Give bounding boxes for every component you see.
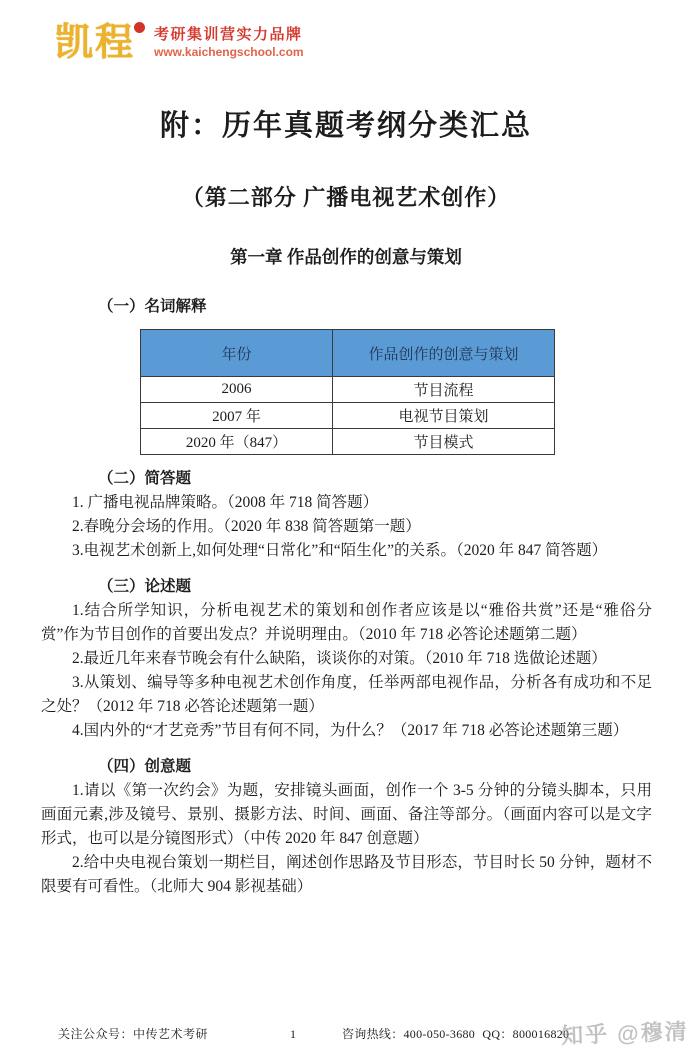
page-number: 1 (290, 1027, 296, 1042)
brand-lines: 考研集训营实力品牌 www.kaichengschool.com (154, 18, 304, 60)
brand-header: 凯程 考研集训营实力品牌 www.kaichengschool.com (55, 18, 304, 68)
question-item: 1.请以《第一次约会》为题，安排镜头画面，创作一个 3-5 分钟的分镜头脚本，只… (41, 779, 652, 851)
question-item: 1. 广播电视品牌策略。（2008 年 718 简答题） (41, 491, 652, 515)
question-item: 3.从策划、编导等多种电视艺术创作角度，任举两部电视作品，分析各有成功和不足之处… (41, 671, 652, 719)
footer-qq: QQ：800016820 (482, 1027, 569, 1041)
section-heading-2: （二）简答题 (98, 469, 652, 489)
footer-contact: 咨询热线：400-050-3680 QQ：800016820 (342, 1025, 573, 1042)
table-cell-year: 2007 年 (141, 403, 333, 429)
table-row: 2007 年 电视节目策划 (141, 403, 555, 429)
table-row: 2006 节目流程 (141, 377, 555, 403)
table-cell-year: 2020 年（847） (141, 429, 333, 455)
section-items-2: 1. 广播电视品牌策略。（2008 年 718 简答题） 2.春晚分会场的作用。… (41, 491, 652, 563)
brand-tagline: 考研集训营实力品牌 (154, 25, 304, 45)
document-body: （一）名词解释 年份 作品创作的创意与策划 2006 节目流程 2007 年 电… (41, 293, 652, 899)
brand-website: www.kaichengschool.com (154, 45, 304, 60)
section-items-3: 1.结合所学知识，分析电视艺术的策划和创作者应该是以“雅俗共赏”还是“雅俗分赏”… (41, 599, 652, 743)
section-items-4: 1.请以《第一次约会》为题，安排镜头画面，创作一个 3-5 分钟的分镜头脚本，只… (41, 779, 652, 899)
footer-hotline: 咨询热线：400-050-3680 (342, 1027, 475, 1041)
table-cell-topic: 节目流程 (333, 377, 555, 403)
question-item: 2.给中央电视台策划一期栏目，阐述创作思路及节目形态，节目时长 50 分钟，题材… (41, 851, 652, 899)
zhihu-watermark: 知乎 @穆清 (561, 1015, 690, 1050)
question-item: 3.电视艺术创新上,如何处理“日常化”和“陌生化”的关系。（2020 年 847… (41, 539, 652, 563)
part-title: （第二部分 广播电视艺术创作） (0, 181, 692, 212)
question-item: 2.最近几年来春节晚会有什么缺陷，谈谈你的对策。（2010 年 718 选做论述… (41, 647, 652, 671)
main-title: 附：历年真题考纲分类汇总 (0, 103, 692, 144)
document-page: 凯程 考研集训营实力品牌 www.kaichengschool.com 附：历年… (0, 0, 692, 1060)
kaicheng-logo: 凯程 (55, 18, 145, 68)
section-heading-1: （一）名词解释 (98, 297, 652, 317)
question-item: 1.结合所学知识，分析电视艺术的策划和创作者应该是以“雅俗共赏”还是“雅俗分赏”… (41, 599, 652, 647)
table-cell-topic: 电视节目策划 (333, 403, 555, 429)
exam-summary-table: 年份 作品创作的创意与策划 2006 节目流程 2007 年 电视节目策划 20… (140, 329, 555, 455)
table-cell-year: 2006 (141, 377, 333, 403)
logo-red-dot-icon (134, 22, 145, 33)
logo-text: 凯程 (55, 22, 135, 64)
table-header-row: 年份 作品创作的创意与策划 (141, 330, 555, 377)
section-heading-4: （四）创意题 (98, 757, 652, 777)
question-item: 4.国内外的“才艺竞秀”节目有何不同，为什么？（2017 年 718 必答论述题… (41, 719, 652, 743)
chapter-title: 第一章 作品创作的创意与策划 (0, 244, 692, 269)
question-item: 2.春晚分会场的作用。（2020 年 838 简答题第一题） (41, 515, 652, 539)
table-header-year: 年份 (141, 330, 333, 377)
section-heading-3: （三）论述题 (98, 577, 652, 597)
page-footer: 关注公众号：中传艺术考研 1 咨询热线：400-050-3680 QQ：8000… (0, 1014, 692, 1060)
table-row: 2020 年（847） 节目模式 (141, 429, 555, 455)
table-header-topic: 作品创作的创意与策划 (333, 330, 555, 377)
footer-wechat: 关注公众号：中传艺术考研 (58, 1025, 208, 1042)
table-cell-topic: 节目模式 (333, 429, 555, 455)
